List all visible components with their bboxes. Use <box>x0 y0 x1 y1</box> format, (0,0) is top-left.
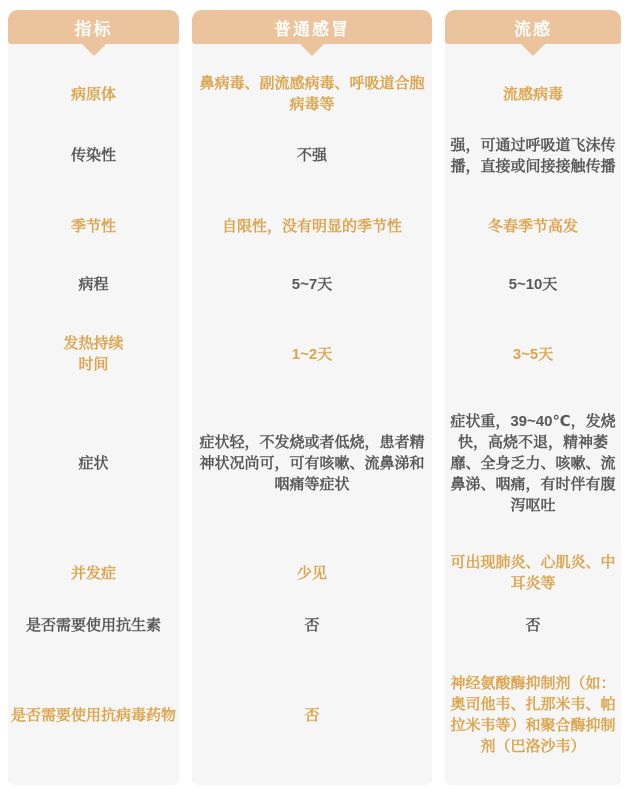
cell-course-indicator: 病程 <box>8 255 179 319</box>
comparison-table: 指标 普通感冒 流感 病原体 鼻病毒、副流感病毒、呼吸道合胞病毒等 流感病毒 传… <box>0 0 629 793</box>
header-common-cold: 普通感冒 <box>192 10 432 44</box>
cell-antivirals-indicator: 是否需要使用抗病毒药物 <box>8 670 179 785</box>
cell-pathogen-indicator: 病原体 <box>8 44 179 125</box>
cell-pathogen-common-cold: 鼻病毒、副流感病毒、呼吸道合胞病毒等 <box>192 44 432 125</box>
header-pointer-triangle <box>300 44 324 56</box>
cell-symptoms-indicator: 症状 <box>8 409 179 518</box>
cell-infectivity-flu: 强，可通过呼吸道飞沫传播，直接或间接接触传播 <box>445 125 621 191</box>
header-flu-label: 流感 <box>514 15 552 40</box>
cell-seasonality-common-cold: 自限性，没有明显的季节性 <box>192 191 432 255</box>
cell-antibiotics-indicator: 是否需要使用抗生素 <box>8 599 179 670</box>
cell-fever-duration-common-cold: 1~2天 <box>192 319 432 409</box>
cell-infectivity-common-cold: 不强 <box>192 125 432 191</box>
cell-symptoms-common-cold: 症状轻，不发烧或者低烧，患者精神状况尚可，可有咳嗽、流鼻涕和咽痛等症状 <box>192 409 432 518</box>
header-pointer-triangle <box>82 44 106 56</box>
cell-antivirals-common-cold: 否 <box>192 670 432 785</box>
cell-infectivity-indicator: 传染性 <box>8 125 179 191</box>
cell-fever-duration-flu: 3~5天 <box>445 319 621 409</box>
header-indicator-label: 指标 <box>75 15 113 40</box>
header-pointer-triangle <box>521 44 545 56</box>
cell-course-flu: 5~10天 <box>445 255 621 319</box>
cell-course-common-cold: 5~7天 <box>192 255 432 319</box>
cell-complications-flu: 可出现肺炎、心肌炎、中耳炎等 <box>445 518 621 599</box>
header-indicator: 指标 <box>8 10 179 44</box>
cell-seasonality-flu: 冬春季节高发 <box>445 191 621 255</box>
cell-complications-indicator: 并发症 <box>8 518 179 599</box>
cell-seasonality-indicator: 季节性 <box>8 191 179 255</box>
cell-complications-common-cold: 少见 <box>192 518 432 599</box>
cell-fever-duration-indicator: 发热持续 时间 <box>8 319 179 409</box>
cell-pathogen-flu: 流感病毒 <box>445 44 621 125</box>
cell-symptoms-flu: 症状重，39~40℃，发烧快，高烧不退，精神萎靡、全身乏力、咳嗽、流鼻涕、咽痛，… <box>445 409 621 518</box>
cell-antibiotics-common-cold: 否 <box>192 599 432 670</box>
header-flu: 流感 <box>445 10 621 44</box>
header-common-cold-label: 普通感冒 <box>274 15 350 40</box>
cell-antivirals-flu: 神经氨酸酶抑制剂（如：奥司他韦、扎那米韦、帕拉米韦等）和聚合酶抑制剂（巴洛沙韦） <box>445 670 621 785</box>
cell-antibiotics-flu: 否 <box>445 599 621 670</box>
